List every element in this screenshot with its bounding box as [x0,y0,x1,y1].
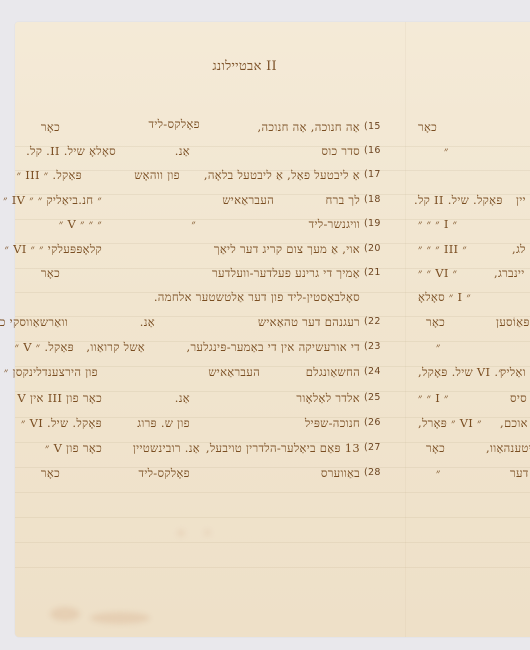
song-author: פון ווהאָש [134,168,180,182]
line-number: 27) [364,441,381,455]
song-note: כאָר פון V ״ [45,441,102,455]
song-note: ״ ״ ״ V ״ [59,217,102,231]
right-note: כאָר [426,441,445,455]
song-title: לך ברח [326,193,360,207]
line-number: 16) [364,144,381,158]
song-title: אַ ליבטעל פאַל, אַ ליבטעל בלאָה, [204,168,360,182]
right-note: ״ I ״ ״ ״ [418,217,457,231]
song-title: באַווערס [321,466,360,480]
song-author: העבראַאיש [222,193,274,207]
right-note: ״ III ״ ״ ״ [418,242,467,256]
right-tail: יין [516,193,526,207]
right-tail: וויטענהאַוו, [486,441,530,455]
song-title: אַה חנוכה, אַה חנוכה, [258,120,360,134]
right-note: ״ [436,466,441,480]
line-number: 17) [364,168,381,182]
right-tail: לג, [512,242,526,256]
song-note: כאָר [41,120,60,134]
song-note: קלאָפּפּעלקי ״ ״ VI ״ [4,242,102,256]
manuscript-page [15,22,530,637]
song-author: פאָלקס-ליד [138,466,190,480]
line-number: 15) [364,120,381,134]
song-note: וואַרשאַווסקי כאָר. [0,315,68,329]
right-tail: יינברג, [494,266,525,280]
line-number: 23) [364,340,381,354]
song-title: סדר כוס [321,144,360,158]
right-note: ״ I ״ סאָלאָ [418,290,471,304]
right-tail: סיס [510,391,527,405]
song-note: פון הירצענדלינקסן ״ ״ VI ״ [0,365,98,379]
section-title: II אבטיילונג [212,60,277,74]
right-note: ״. VI שיל. פּאָקל, [418,365,503,379]
right-note: פּאָקל. שיל. II קל. [414,193,503,207]
song-author: אַנ. [175,144,190,158]
line-number: 24) [364,365,381,379]
song-title: אַמיך די גרינע פעלדער-וועלדער [212,266,360,280]
song-title: סאָלבאָסטין-ליד פון דער אַלטשטער אלחמה. [154,290,360,304]
right-tail: אוכם, [500,416,528,430]
song-title: החשאַונגלם [306,365,360,379]
song-title: חנוכה-שפּיל [305,416,360,430]
right-note: ״ [444,144,449,158]
right-note: כאָר [418,120,437,134]
song-author: אַשל קרואַוו, [86,340,145,354]
song-title: אלדר לאַלאָור [296,391,360,405]
line-number: 19) [364,217,381,231]
song-note: כאָר פון III אין V [17,391,102,405]
song-title: אוי, אַ מעך צום קריג דער ליאַך [214,242,360,256]
song-author: אַנ. [140,315,155,329]
song-note: ״ חנ.ביאַליק ״ ״ IV ״ [3,193,102,207]
song-author: העבראַאיש [208,365,260,379]
song-note: סאָלאָ שיל. II. קל. [26,144,116,158]
line-number: 26) [364,416,381,430]
song-author: אַנ. רובינשטיין [133,441,200,455]
right-tail: דער [510,466,529,480]
song-note: פּאַקל. ״ V ״ [15,340,74,354]
right-note: ״ I ״ ״ [418,391,449,405]
song-author: אַנ. [175,391,190,405]
line-number: 28) [364,466,381,480]
right-note: ״ [436,340,441,354]
song-author: פאָלקס-ליד [148,117,200,131]
line-number: 20) [364,242,381,256]
line-number: 25) [364,391,381,405]
song-title: די אורעשיקה אין די באַמער-פּינגלער, [187,340,360,354]
line-number: 21) [364,266,381,280]
right-tail: ואַליק [500,365,526,379]
song-title: 13 פּאַם ביאַלער-הלדרין טויבעל, [206,441,360,455]
song-note: פּאָקל. שיל. VI ״ [21,416,102,430]
line-number: 22) [364,315,381,329]
right-tail: פּאַוֹסען [496,315,530,329]
song-note: כאָר [41,466,60,480]
song-author: ״ [191,217,196,231]
song-note: פּאַקל. ״ III ״ [17,168,82,182]
right-note: כאָר [426,315,445,329]
song-title: רעגנהם דער טהאַאיש [258,315,360,329]
line-number: 18) [364,193,381,207]
song-note: כאָר [41,266,60,280]
song-author: פון ש. פּרוג [137,416,190,430]
right-note: ״ VI ״ ״ [418,266,457,280]
right-note: ״ VI ״ פּאָרל, [418,416,482,430]
song-title: וויגנשר-ליד [309,217,360,231]
